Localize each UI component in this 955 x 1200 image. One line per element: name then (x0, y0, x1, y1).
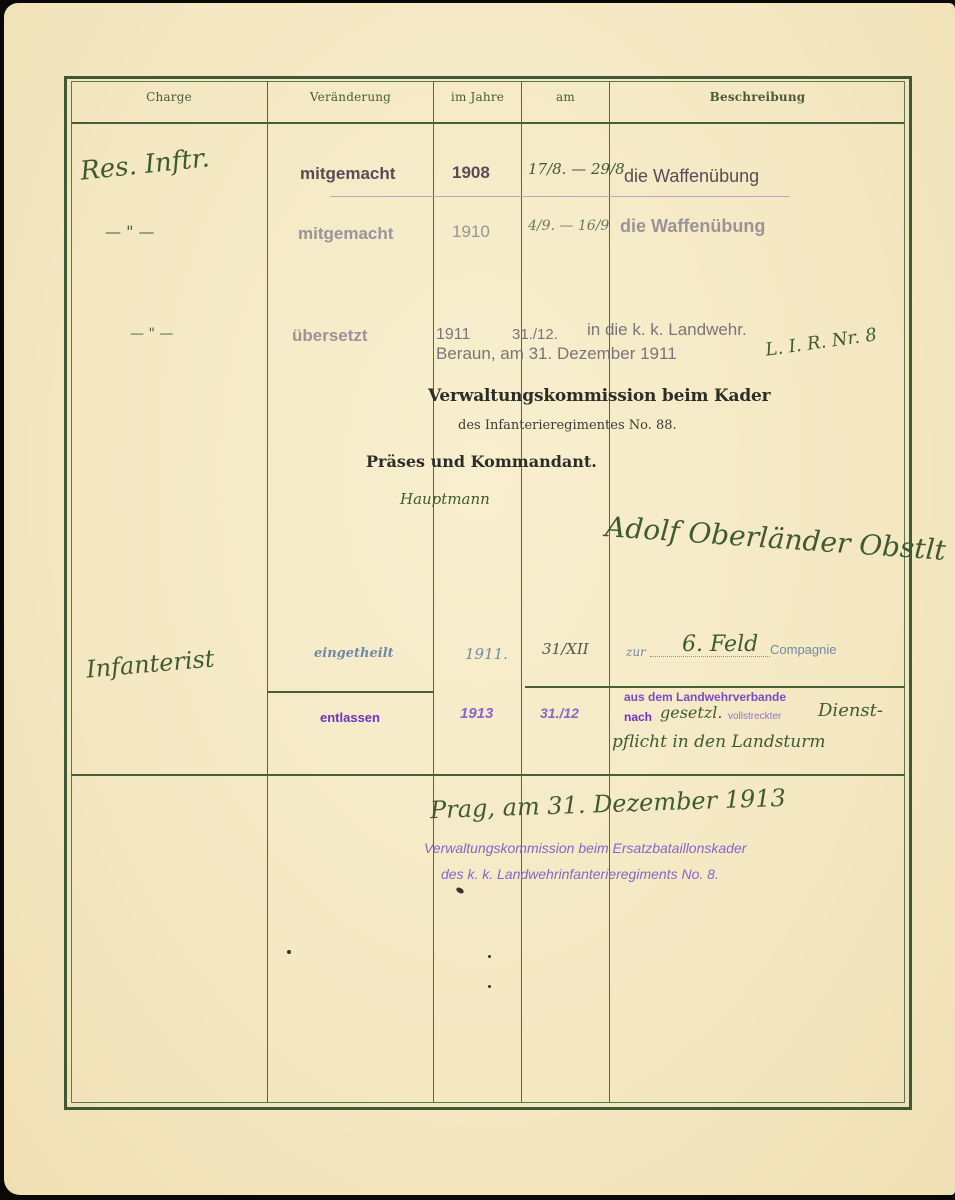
stamp-1-line-2: des Infanterieregimentes No. 88. (458, 418, 677, 433)
section-divider (71, 774, 905, 776)
entry-3-date: 31./12. (512, 326, 558, 343)
entry-5-year: 1913 (460, 705, 493, 722)
column-divider-1 (267, 81, 268, 1103)
column-header-date: am (522, 90, 609, 104)
column-header-change: Veränderung (268, 90, 433, 104)
entry-4-change: eingetheilt (314, 646, 394, 661)
entry-5-description-line-2-stamp: nach (624, 710, 652, 724)
entry-3-description: in die k. k. Landwehr. (587, 320, 747, 340)
column-divider-2 (433, 81, 434, 1103)
entry-4-description-prefix: zur (626, 645, 646, 659)
column-divider-3 (521, 81, 522, 1103)
entry-5-description-line-1: aus dem Landwehrverbande (624, 690, 786, 704)
entry-4-description-hand: 6. Feld (682, 632, 758, 657)
entry-2-date: 4/9. — 16/9 (528, 218, 609, 234)
entry-1-change: mitgemacht (300, 164, 395, 184)
entry-5-description-line-2-hand: gesetzl. (660, 703, 722, 722)
entry-5-date: 31./12 (540, 705, 579, 721)
entry-1-date: 17/8. — 29/8 (528, 160, 625, 178)
ink-speck (488, 955, 491, 958)
entry-1-description: die Waffenübung (624, 166, 759, 187)
entry-3-year: 1911 (436, 326, 470, 344)
entry-2-charge: — " — (105, 222, 155, 241)
entry-4-year: 1911. (465, 645, 508, 663)
entry-4-date: 31/XII (542, 640, 589, 658)
ink-speck (287, 950, 291, 954)
stamp-2-line-1: Verwaltungskommission beim Ersatzbataill… (424, 840, 746, 856)
stamp-underline (330, 196, 790, 197)
row-divider-partial-left (267, 691, 434, 693)
ink-speck (488, 985, 491, 988)
signature-left: Hauptmann (400, 490, 490, 508)
column-header-description: Beschreibung (610, 90, 905, 104)
entry-5-description-line-2-stamp-2: vollstreckter (728, 711, 781, 722)
header-divider (71, 122, 905, 124)
column-divider-4 (609, 81, 610, 1103)
stamp-1-line-3: Präses und Kommandant. (366, 452, 597, 471)
entry-2-description: die Waffenübung (620, 216, 765, 237)
entry-2-year: 1910 (452, 222, 490, 242)
stamp-2-line-2: des k. k. Landwehrinfanterieregiments No… (441, 866, 719, 882)
stamp-1-line-1: Verwaltungskommission beim Kader (428, 386, 770, 406)
entry-3-place-line: Beraun, am 31. Dezember 1911 (436, 344, 677, 364)
entry-5-description-line-2-hand-2: Dienst- (818, 700, 883, 721)
entry-3-charge: — " — (130, 326, 173, 342)
column-header-charge: Charge (71, 90, 267, 104)
entry-2-change: mitgemacht (298, 224, 393, 244)
entry-4-description-suffix: Compagnie (770, 642, 837, 657)
entry-3-change: übersetzt (292, 326, 368, 346)
entry-5-description-line-3-hand: pflicht in den Landsturm (612, 732, 825, 752)
entry-5-change: entlassen (320, 710, 380, 725)
row-divider-partial-right (525, 686, 905, 688)
column-header-year: im Jahre (434, 90, 521, 104)
entry-1-year: 1908 (452, 163, 490, 183)
